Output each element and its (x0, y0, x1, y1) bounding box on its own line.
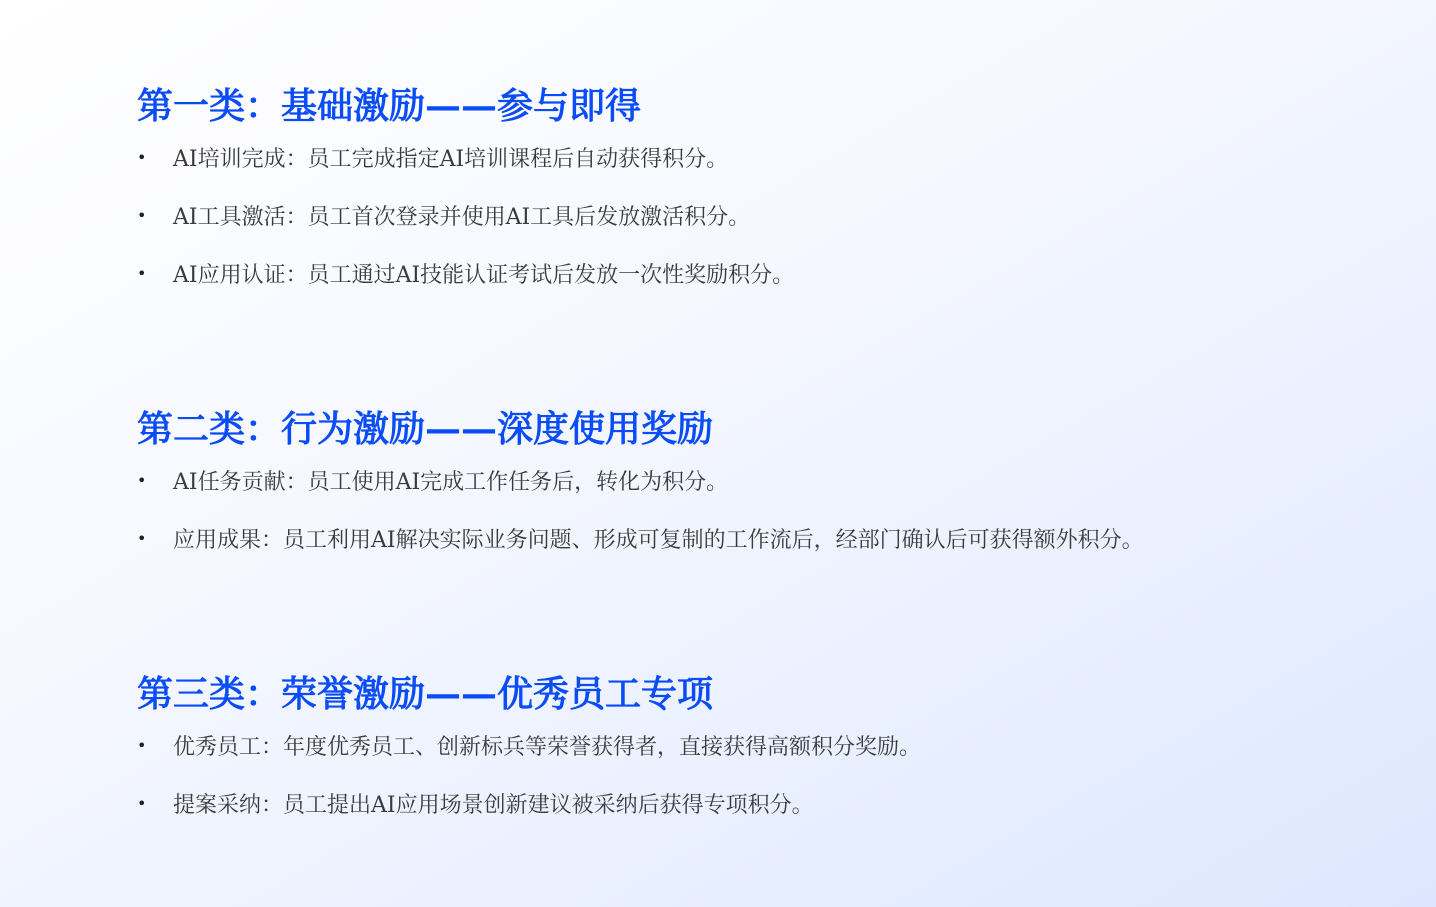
item-text: 员工通过AI技能认证考试后发放一次性奖励积分。 (308, 258, 795, 289)
bullet-icon: • (137, 736, 173, 755)
item-text: 员工完成指定AI培训课程后自动获得积分。 (308, 142, 729, 173)
item-text: 年度优秀员工、创新标兵等荣誉获得者，直接获得高额积分奖励。 (283, 730, 921, 761)
item-label: AI工具激活： (173, 200, 308, 231)
bullet-icon: • (137, 206, 173, 225)
bullet-icon: • (137, 471, 173, 490)
section-title: 第一类：基础激励——参与即得 (137, 84, 794, 128)
item-text: 员工提出AI应用场景创新建议被采纳后获得专项积分。 (283, 788, 814, 819)
section-basic-incentive: 第一类：基础激励——参与即得 • AI培训完成：员工完成指定AI培训课程后自动获… (137, 84, 794, 302)
item-label: 提案采纳： (173, 788, 283, 819)
section-title: 第三类：荣誉激励——优秀员工专项 (137, 672, 921, 716)
item-text: 员工利用AI解决实际业务问题、形成可复制的工作流后，经部门确认后可获得额外积分。 (283, 523, 1144, 554)
item-text: 员工使用AI完成工作任务后，转化为积分。 (308, 465, 729, 496)
list-item: • AI培训完成：员工完成指定AI培训课程后自动获得积分。 (137, 128, 794, 186)
item-label: 优秀员工： (173, 730, 283, 761)
list-item: • 优秀员工：年度优秀员工、创新标兵等荣誉获得者，直接获得高额积分奖励。 (137, 716, 921, 774)
item-label: 应用成果： (173, 523, 283, 554)
list-item: • 应用成果：员工利用AI解决实际业务问题、形成可复制的工作流后，经部门确认后可… (137, 509, 1144, 567)
list-item: • AI任务贡献：员工使用AI完成工作任务后，转化为积分。 (137, 451, 1144, 509)
item-label: AI培训完成： (173, 142, 308, 173)
bullet-icon: • (137, 794, 173, 813)
item-list: • AI任务贡献：员工使用AI完成工作任务后，转化为积分。 • 应用成果：员工利… (137, 451, 1144, 567)
item-list: • AI培训完成：员工完成指定AI培训课程后自动获得积分。 • AI工具激活：员… (137, 128, 794, 302)
item-list: • 优秀员工：年度优秀员工、创新标兵等荣誉获得者，直接获得高额积分奖励。 • 提… (137, 716, 921, 832)
item-label: AI应用认证： (173, 258, 308, 289)
section-behavior-incentive: 第二类：行为激励——深度使用奖励 • AI任务贡献：员工使用AI完成工作任务后，… (137, 407, 1144, 567)
bullet-icon: • (137, 529, 173, 548)
section-title: 第二类：行为激励——深度使用奖励 (137, 407, 1144, 451)
section-honor-incentive: 第三类：荣誉激励——优秀员工专项 • 优秀员工：年度优秀员工、创新标兵等荣誉获得… (137, 672, 921, 832)
bullet-icon: • (137, 264, 173, 283)
item-text: 员工首次登录并使用AI工具后发放激活积分。 (308, 200, 751, 231)
list-item: • AI工具激活：员工首次登录并使用AI工具后发放激活积分。 (137, 186, 794, 244)
list-item: • AI应用认证：员工通过AI技能认证考试后发放一次性奖励积分。 (137, 244, 794, 302)
item-label: AI任务贡献： (173, 465, 308, 496)
list-item: • 提案采纳：员工提出AI应用场景创新建议被采纳后获得专项积分。 (137, 774, 921, 832)
bullet-icon: • (137, 148, 173, 167)
